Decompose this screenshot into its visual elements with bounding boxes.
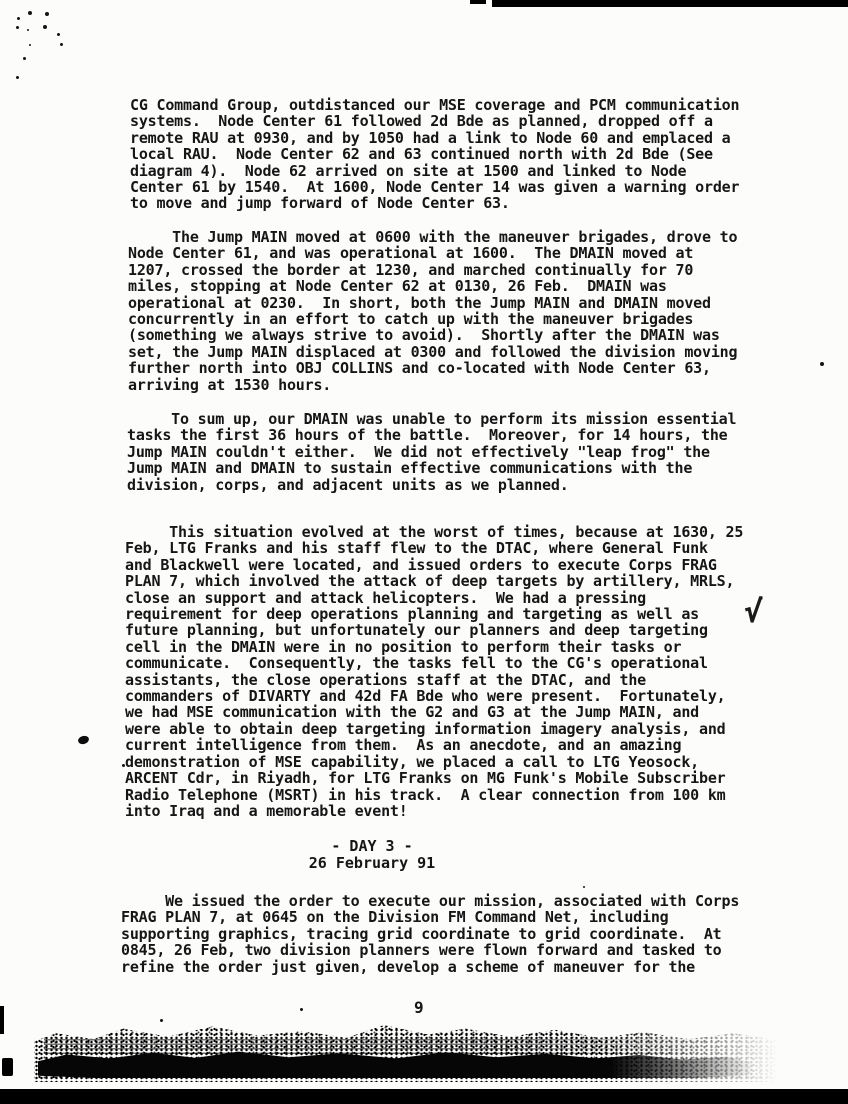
- scan-speckle: [27, 29, 29, 31]
- paragraph-3: To sum up, our DMAIN was unable to perfo…: [127, 411, 736, 493]
- scan-speckle: [57, 33, 60, 36]
- page-number: 9: [414, 998, 424, 1017]
- scan-speckle: [28, 11, 32, 15]
- paragraph-1: CG Command Group, outdistanced our MSE c…: [130, 97, 739, 212]
- scan-artifact-bottom-bar: [0, 1089, 848, 1104]
- heading-date-line: 26 February 91: [140, 855, 604, 872]
- scan-speckle: [17, 17, 20, 20]
- scan-speckle: [820, 362, 824, 366]
- scan-speckle: [45, 12, 49, 16]
- scan-artifact-left-edge: [0, 1006, 4, 1034]
- paragraph-2: The Jump MAIN moved at 0600 with the man…: [128, 229, 737, 393]
- scan-speckle: [160, 1019, 163, 1022]
- section-heading: - DAY 3 - 26 February 91: [140, 838, 604, 872]
- scan-noise-streaks: [44, 1036, 704, 1054]
- scan-speckle: [16, 76, 19, 79]
- scan-speckle: [583, 886, 585, 888]
- handwritten-checkmark: √: [743, 594, 764, 631]
- scan-speckle: [300, 1008, 303, 1011]
- scan-speckle: [60, 43, 63, 46]
- paragraph-4: This situation evolved at the worst of t…: [125, 524, 743, 819]
- scan-artifact-top-bar: [492, 0, 848, 7]
- heading-day-line: - DAY 3 -: [140, 838, 604, 855]
- scan-speckle: [43, 25, 47, 29]
- scan-speckle: [29, 44, 31, 46]
- margin-dot: [77, 735, 90, 746]
- paragraph-5: We issued the order to execute our missi…: [121, 893, 739, 975]
- scan-speckle: [16, 26, 19, 29]
- scanned-document-page: CG Command Group, outdistanced our MSE c…: [0, 0, 848, 1104]
- scan-artifact-left-blob: [2, 1058, 13, 1076]
- scan-speckle: [23, 57, 26, 60]
- scan-artifact-top-bar-small: [470, 0, 486, 4]
